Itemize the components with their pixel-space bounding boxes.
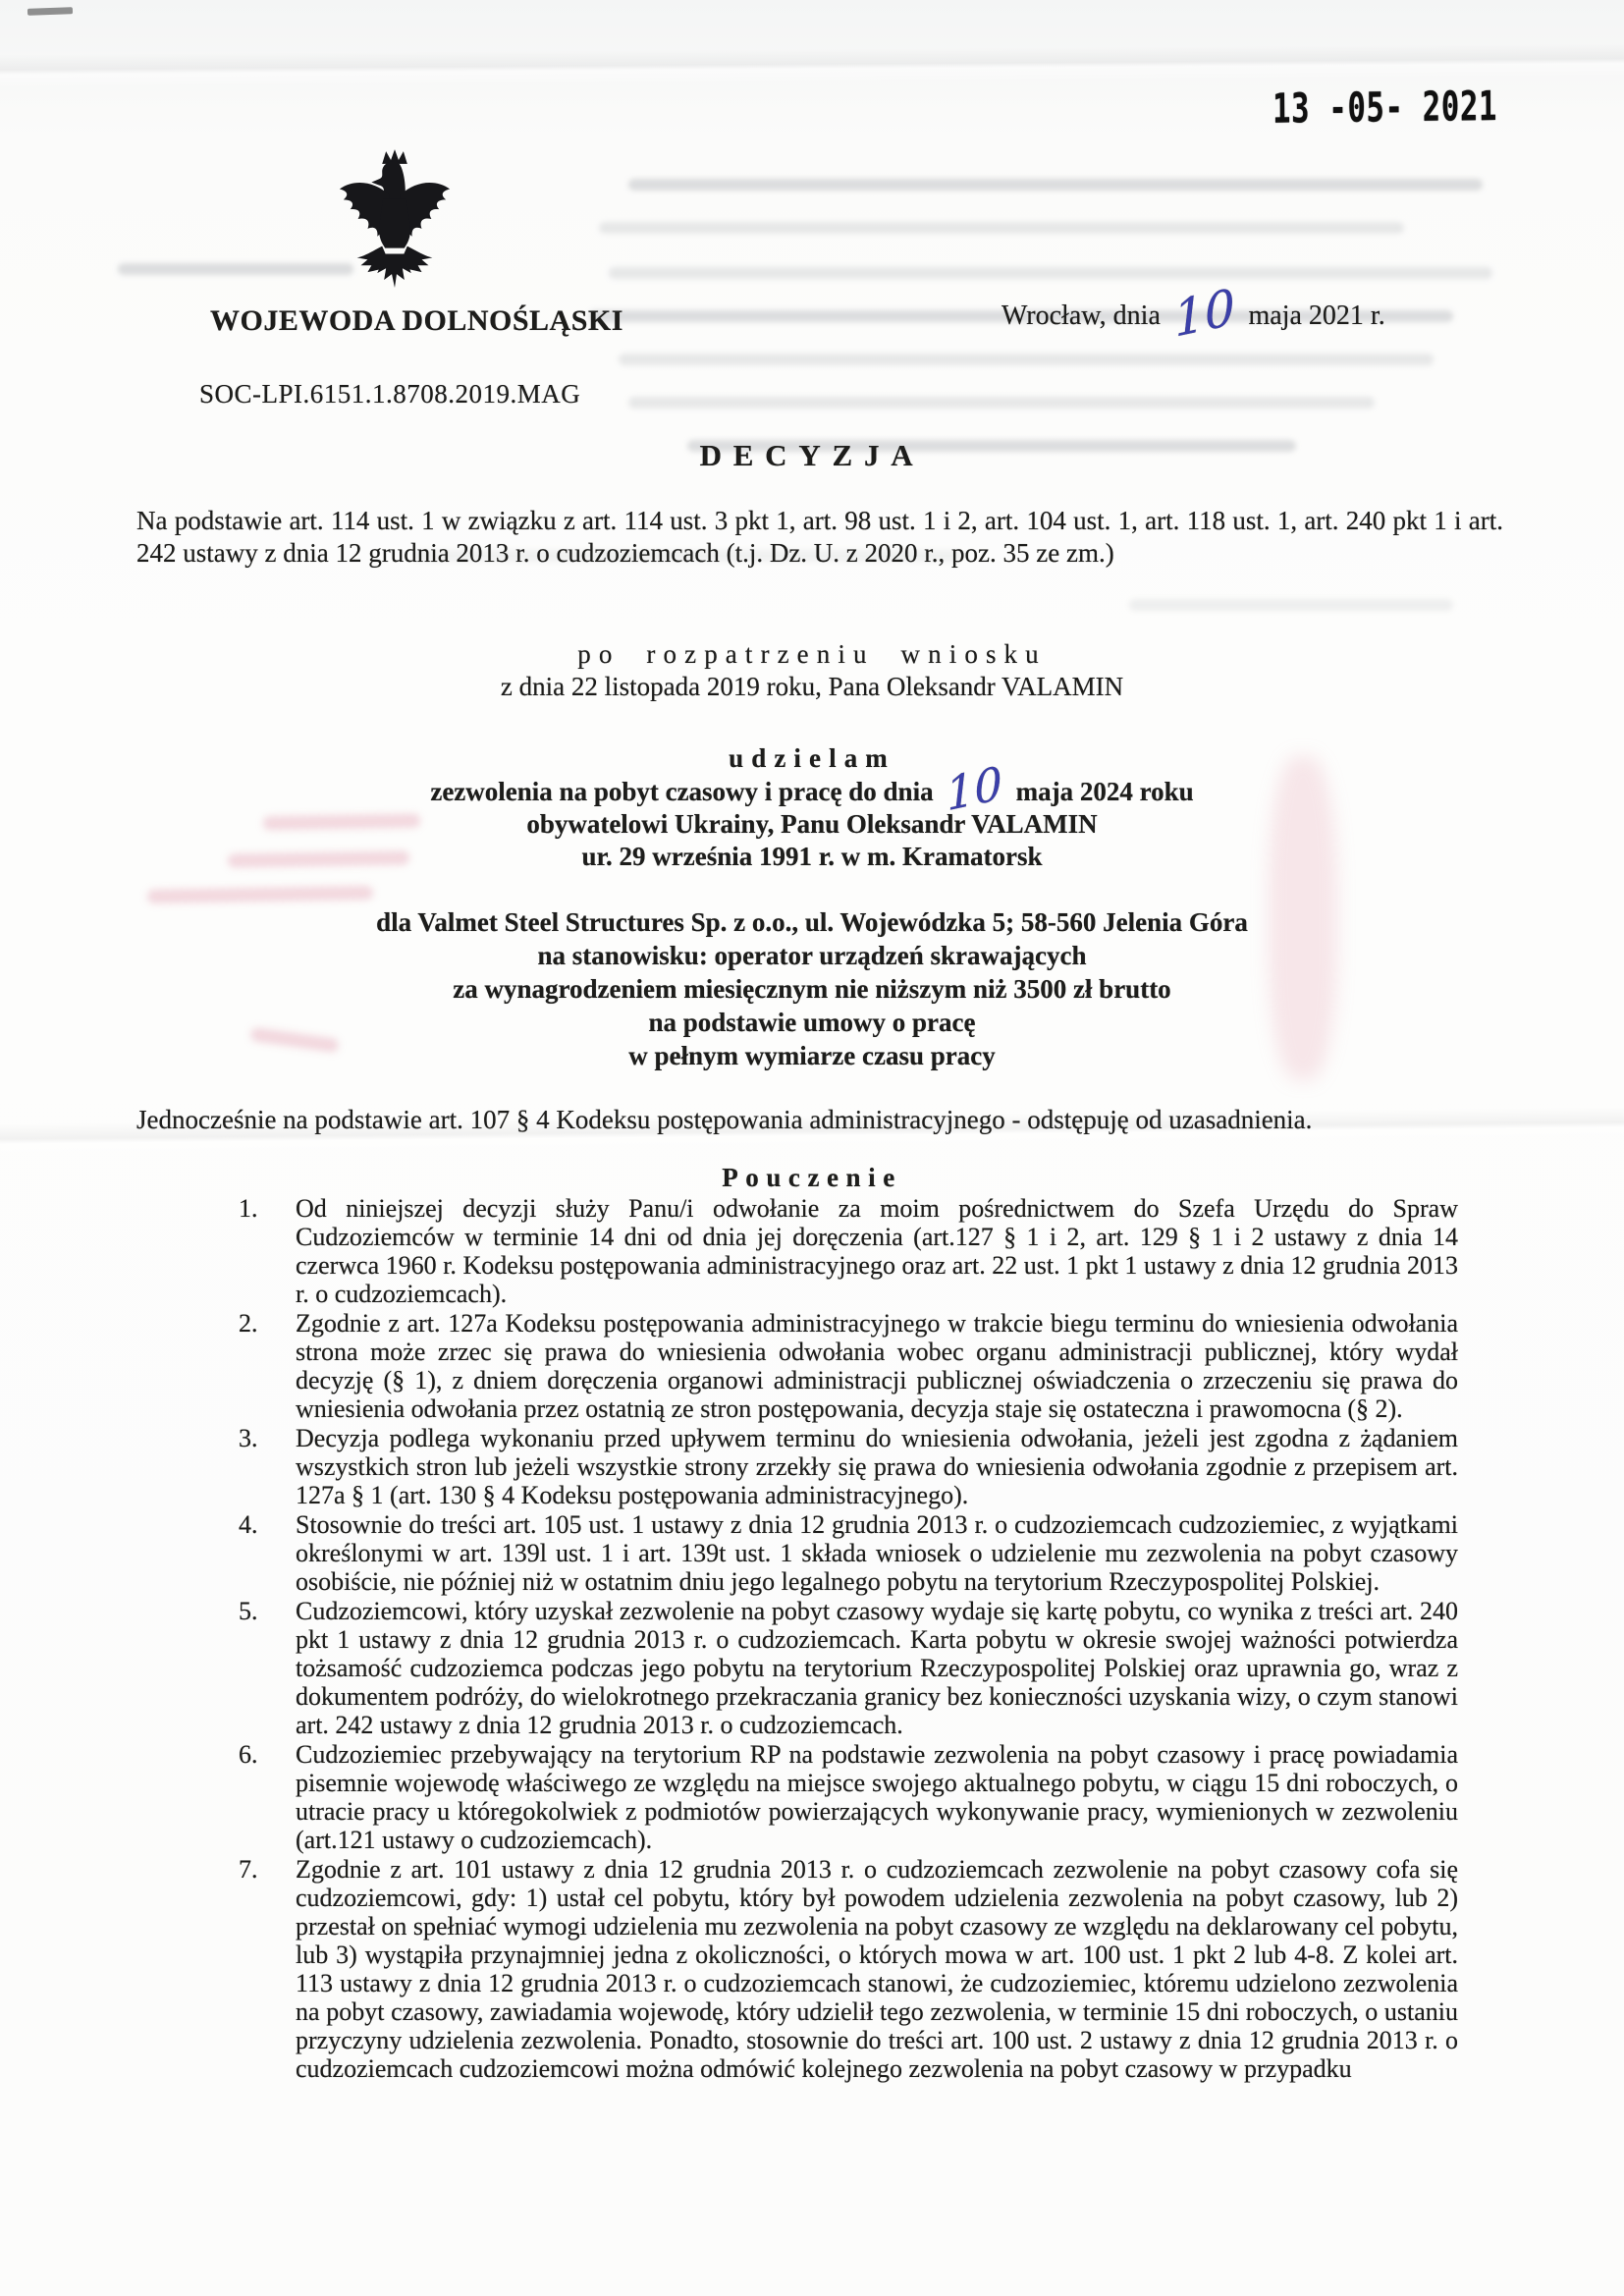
list-item: 3. Decyzja podlega wykonaniu przed upływ… [239,1424,1458,1509]
employment-terms-block: dla Valmet Steel Structures Sp. z o.o., … [129,905,1495,1072]
authority-name: WOJEWODA DOLNOŚLĄSKI [210,304,721,338]
consideration-block: po rozpatrzeniu wniosku z dnia 22 listop… [129,638,1495,703]
grant-line1-after: maja 2024 roku [1016,777,1194,806]
document-title: DECYZJA [129,438,1495,473]
grant-line3: ur. 29 września 1991 r. w m. Kramatorsk [129,841,1495,873]
item-number: 7. [239,1855,296,2083]
item-number: 5. [239,1597,296,1739]
item-text: Od niniejszej decyzji służy Panu/i odwoł… [296,1194,1458,1308]
item-text: Stosownie do treści art. 105 ust. 1 usta… [296,1510,1458,1596]
place-date-prefix: Wrocław, dnia [1001,301,1161,331]
bleed-through-line [599,222,1404,234]
bleed-through-line [628,179,1483,191]
item-number: 2. [239,1309,296,1423]
bleed-through-line [619,354,1434,365]
case-number: SOC-LPI.6151.1.8708.2019.MAG [199,379,580,410]
item-number: 3. [239,1424,296,1509]
date-received-stamp: 13 -05- 2021 [1272,86,1458,130]
grant-line1: zezwolenia na pobyt czasowy i pracę do d… [129,775,1495,808]
item-number: 6. [239,1740,296,1854]
pink-stamp-bleed [147,886,373,903]
consideration-line1: po rozpatrzeniu wniosku [129,638,1495,671]
item-number: 4. [239,1510,296,1596]
instructions-heading: Pouczenie [129,1163,1495,1193]
worktime-line: w pełnym wymiarze czasu pracy [129,1039,1495,1072]
bleed-through-line [628,397,1375,409]
place-and-date: Wrocław, dnia 10 maja 2021 r. [1001,298,1463,332]
grant-heading: udzielam [129,742,1495,775]
contract-line: na podstawie umowy o pracę [129,1006,1495,1039]
item-text: Cudzoziemiec przebywający na terytorium … [296,1740,1458,1854]
list-item: 2. Zgodnie z art. 127a Kodeksu postępowa… [239,1309,1458,1423]
scanned-document-page: 13 -05- 2021 WOJEWODA DOLNOŚLĄSKI Wrocła… [0,0,1624,2296]
grant-line2: obywatelowi Ukrainy, Panu Oleksandr VALA… [129,808,1495,841]
polish-eagle-emblem [332,147,458,295]
employer-line: dla Valmet Steel Structures Sp. z o.o., … [129,905,1495,939]
handwritten-day-2: 10 [946,773,1003,804]
list-item: 4. Stosownie do treści art. 105 ust. 1 u… [239,1510,1458,1596]
eagle-icon [332,147,458,295]
item-number: 1. [239,1194,296,1308]
handwritten-day: 10 [1173,297,1236,329]
justification-waiver: Jednocześnie na podstawie art. 107 § 4 K… [136,1104,1503,1136]
salary-line: za wynagrodzeniem miesięcznym nie niższy… [129,972,1495,1006]
legal-basis-paragraph: Na podstawie art. 114 ust. 1 w związku z… [136,505,1503,570]
item-text: Zgodnie z art. 101 ustawy z dnia 12 grud… [296,1855,1458,2083]
bleed-through-line [118,263,353,275]
list-item: 1. Od niniejszej decyzji służy Panu/i od… [239,1194,1458,1308]
grant-block: udzielam zezwolenia na pobyt czasowy i p… [129,742,1495,873]
place-date-suffix: maja 2021 r. [1249,301,1385,331]
item-text: Cudzoziemcowi, który uzyskał zezwolenie … [296,1597,1458,1739]
bleed-through-line [609,267,1492,279]
item-text: Decyzja podlega wykonaniu przed upływem … [296,1424,1458,1509]
scan-crease [0,43,1624,88]
list-item: 5. Cudzoziemcowi, który uzyskał zezwolen… [239,1597,1458,1739]
scan-speck [27,7,73,16]
item-text: Zgodnie z art. 127a Kodeksu postępowania… [296,1309,1458,1423]
instructions-list: 1. Od niniejszej decyzji służy Panu/i od… [239,1194,1458,2084]
bleed-through-line [1129,599,1453,611]
position-line: na stanowisku: operator urządzeń skrawaj… [129,939,1495,972]
list-item: 6. Cudzoziemiec przebywający na terytori… [239,1740,1458,1854]
consideration-line2: z dnia 22 listopada 2019 roku, Pana Olek… [129,671,1495,703]
grant-line1-before: zezwolenia na pobyt czasowy i pracę do d… [430,777,933,806]
list-item: 7. Zgodnie z art. 101 ustawy z dnia 12 g… [239,1855,1458,2083]
